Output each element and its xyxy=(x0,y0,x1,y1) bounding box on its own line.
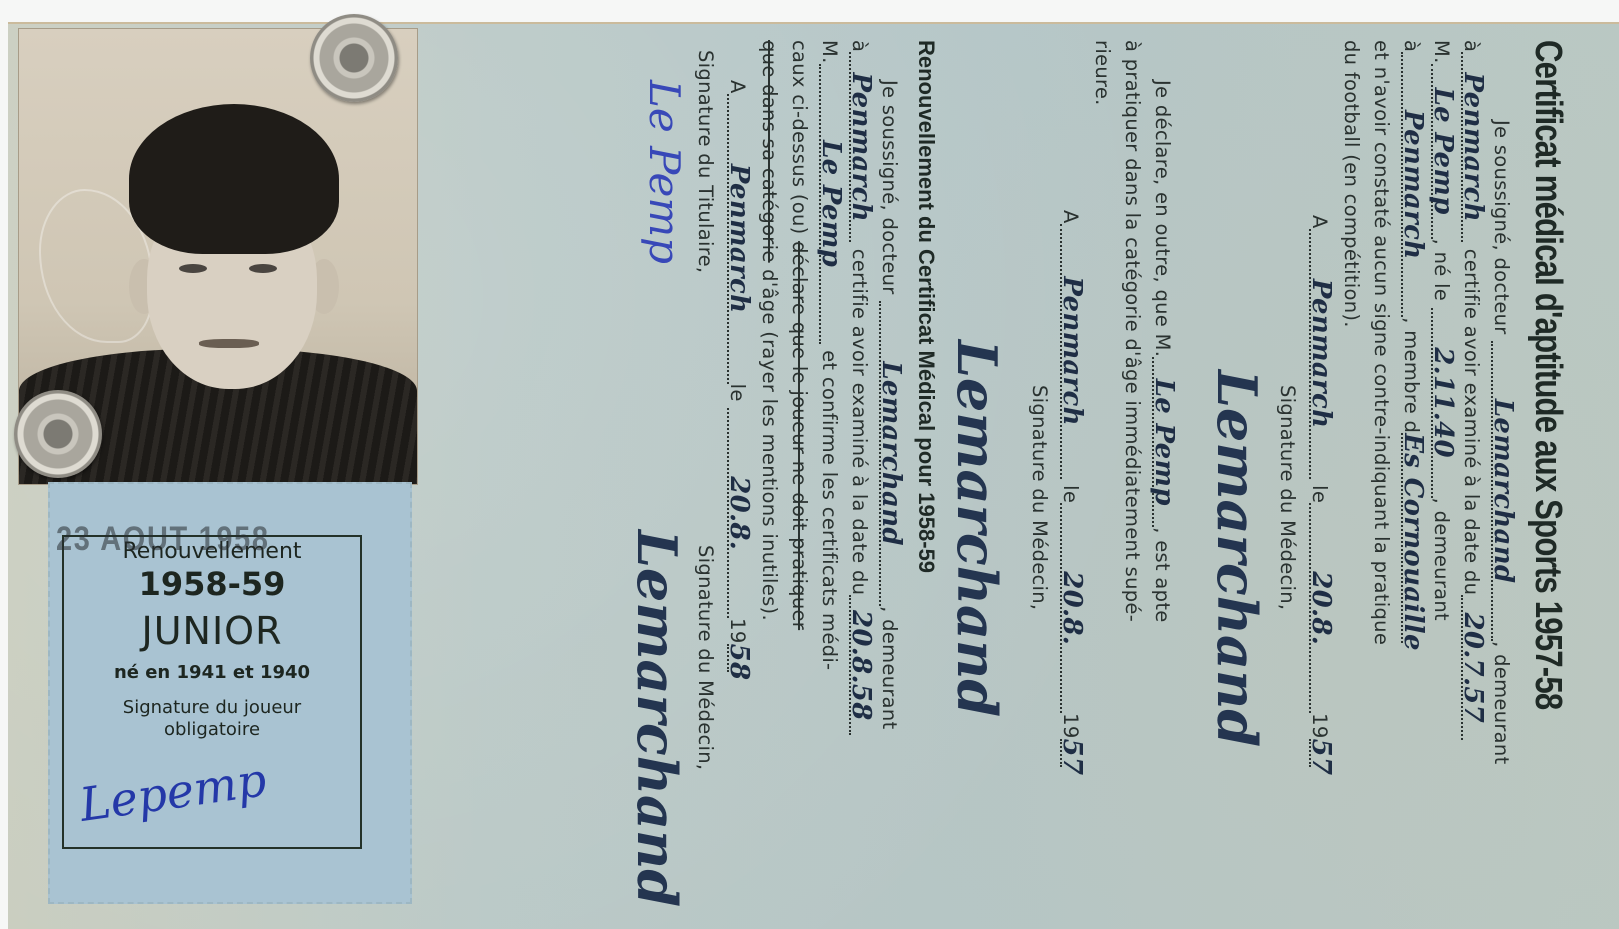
decl-line2: à pratiquer dans la catégorie d'âge immé… xyxy=(1121,40,1144,622)
renewal-heading: Renouvellement du Certificat Médical pou… xyxy=(913,40,939,573)
r-line3: M.Le Pemp et confirme les certificats mé… xyxy=(818,40,841,670)
photo-mouth xyxy=(199,339,259,348)
r-place-date: APenmarchle 20.8.1958 xyxy=(726,80,749,672)
sign-date-field: 20.8. xyxy=(727,408,749,618)
decl-line1: Je déclare, en outre, que M.Le Pemp, est… xyxy=(1151,80,1174,623)
photo-eye xyxy=(249,264,277,273)
decl-place-date: APenmarch le20.8.1957 xyxy=(1059,210,1082,767)
decl-signature-label: Signature du Médecin, xyxy=(1028,385,1051,610)
s1-line4: àPenmarch, membre dEs Cornouaille xyxy=(1400,40,1423,643)
rivet-icon: L C T xyxy=(310,14,398,102)
s1-line3: M.Le Pemp, né le 2.11.40, demeurant xyxy=(1430,40,1453,621)
year-field: 57 xyxy=(1309,739,1331,767)
stamp-signature-required: obligatoire xyxy=(64,719,360,740)
s1-line2: àPenmarch certifie avoir examiné à la da… xyxy=(1460,40,1483,740)
rivet-icon: F T xyxy=(14,390,102,478)
s1-place-date: APenmarch le20.8.1957 xyxy=(1308,215,1331,767)
birth-date-field: 2.11.40 xyxy=(1431,308,1453,498)
sign-date-field: 20.8. xyxy=(1309,503,1331,713)
club-field: Es Cornouaille xyxy=(1401,433,1423,643)
place-field: Penmarch xyxy=(1309,229,1331,479)
s1-signature-label: Signature du Médecin, xyxy=(1276,385,1299,610)
doctor-name-field: Lemarchand xyxy=(879,301,901,606)
photo-hair xyxy=(129,104,339,254)
stamp-signature-label: Signature du joueur xyxy=(64,697,360,718)
holder-signature: Le Pemp xyxy=(640,80,689,264)
year-field: 58 xyxy=(727,644,749,672)
doctor-name-field: Lemarchand xyxy=(1491,341,1513,641)
r-line4: caux ci-dessus (ou) déclare que le joueu… xyxy=(788,40,811,630)
player-city-field: Penmarch xyxy=(1401,52,1423,317)
r-line5: que dans sa catégorie d'âge (rayer les m… xyxy=(758,40,781,621)
player-name-field: Le Pemp xyxy=(1152,357,1174,527)
doctor-city-field: Penmarch xyxy=(1461,52,1483,242)
r-line2: àPenmarch certifie avoir examiné à la da… xyxy=(848,40,871,735)
year-field: 57 xyxy=(1060,739,1082,767)
sign-date-field: 20.8. xyxy=(1060,503,1082,713)
stamp-season: 1958-59 xyxy=(64,565,360,603)
photo-eye xyxy=(179,264,207,273)
decl-line3: rieure. xyxy=(1091,40,1114,106)
doctor-signature-label: Signature du Médecin, xyxy=(694,545,717,770)
doctor-signature: Lemarchand xyxy=(1205,370,1269,747)
holder-signature-label: Signature du Titulaire, xyxy=(694,50,717,273)
r-line1: Je soussigné, docteur Lemarchand, demeur… xyxy=(878,80,901,730)
doctor-signature: Lemarchand xyxy=(945,340,1009,717)
doctor-city-field: Penmarch xyxy=(849,52,871,242)
stamp-born: né en 1941 et 1940 xyxy=(64,662,360,683)
s1-line6: du football (en compétition). xyxy=(1340,40,1363,328)
s1-line5: et n'avoir constaté aucun signe contre-i… xyxy=(1370,40,1393,645)
exam-date-field: 20.8.58 xyxy=(849,595,871,735)
player-name-field: Le Pemp xyxy=(1431,64,1453,239)
doctor-signature: Lemarchand xyxy=(625,530,689,907)
place-field: Penmarch xyxy=(727,94,749,384)
exam-date-field: 20.7.57 xyxy=(1461,595,1483,740)
struck-text: que dans sa catégorie xyxy=(758,40,781,263)
struck-text: déclare que le joueur ne doit pratiquer xyxy=(788,241,811,630)
postmark: 23 AOUT 1958 xyxy=(56,520,311,559)
s1-line1: Je soussigné, docteur Lemarchand, demeur… xyxy=(1490,120,1513,765)
stamp-category: JUNIOR xyxy=(64,609,360,653)
place-field: Penmarch xyxy=(1060,224,1082,479)
player-name-field: Le Pemp xyxy=(819,64,841,344)
document-title: Certificat médical d'aptitude aux Sports… xyxy=(1526,40,1569,709)
